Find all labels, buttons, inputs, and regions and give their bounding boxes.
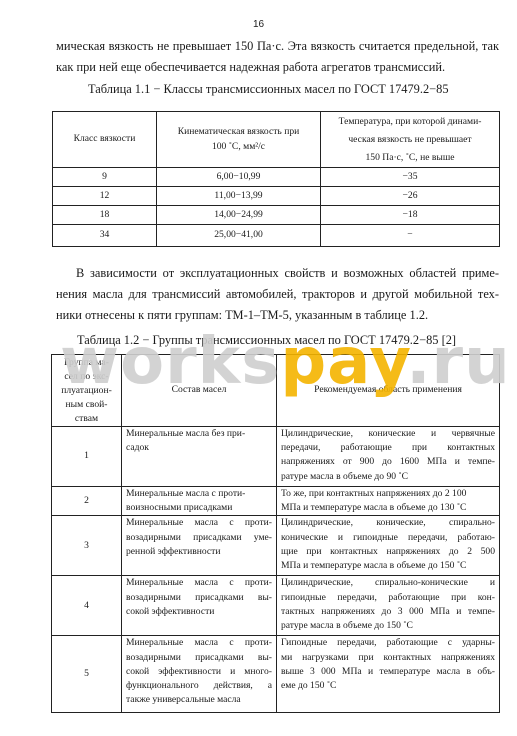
- cell-group: 1: [52, 427, 122, 487]
- cell-line: также универсальные масла: [126, 693, 272, 707]
- cell-viscosity: 6,00−10,99: [157, 168, 321, 187]
- cell-line: МПа и температуре масла в объеме до 130 …: [281, 501, 495, 515]
- header-line: ческая вязкость не превышает: [327, 131, 493, 149]
- table-row: 3 Минеральные масла с проти- возадирными…: [52, 516, 500, 576]
- cell-application: Цилиндрические, конические, спирально- к…: [277, 516, 500, 576]
- cell-line: Минеральные масла без при-: [126, 427, 272, 441]
- cell-composition: Минеральные масла с проти- возадирными п…: [122, 576, 277, 636]
- cell-viscosity: 11,00−13,99: [157, 187, 321, 206]
- cell-line: сокой эффективности и много-: [126, 665, 272, 679]
- cell-class: 34: [53, 225, 157, 247]
- header-composition: Состав масел: [122, 355, 277, 427]
- intro-paragraph: мическая вязкость не превышает 150 Па·с.…: [56, 36, 499, 78]
- table-row: 9 6,00−10,99 −35: [53, 168, 500, 187]
- cell-application: То же, при контактных напряжениях до 2 1…: [277, 487, 500, 516]
- cell-line: Минеральные масла с проти-: [126, 487, 272, 501]
- cell-line: Минеральные масла с проти-: [126, 576, 272, 590]
- header-line: Кинематическая вязкость при: [163, 125, 314, 139]
- cell-composition: Минеральные масла с проти- возадирными п…: [122, 636, 277, 713]
- paragraph-line: нения масла для трансмиссий автомобилей,…: [56, 284, 499, 305]
- cell-line: Минеральные масла с проти-: [126, 636, 272, 650]
- table-header-row: Группа ма- сел по экс- плуатацион- ным с…: [52, 355, 500, 427]
- cell-line: функционального действия, а: [126, 679, 272, 693]
- cell-line: садок: [126, 441, 272, 455]
- cell-line: ратуре масла в объеме до 150 ˚С: [281, 619, 495, 633]
- cell-group: 2: [52, 487, 122, 516]
- page-number: 16: [0, 19, 517, 30]
- cell-temperature: −: [321, 225, 500, 247]
- header-line: Температура, при которой динами-: [327, 113, 493, 131]
- cell-line: ратуре масла в объеме до 90 ˚С: [281, 470, 495, 484]
- header-viscosity-class: Класс вязкости: [53, 112, 157, 168]
- cell-line: щие при контактных напряжениях до 2 500: [281, 545, 495, 559]
- table2-caption: Таблица 1.2 − Группы трансмиссионных мас…: [77, 333, 456, 348]
- cell-viscosity: 14,00−24,99: [157, 206, 321, 225]
- cell-line: То же, при контактных напряжениях до 2 1…: [281, 487, 495, 501]
- cell-temperature: −26: [321, 187, 500, 206]
- table1-caption: Таблица 1.1 − Классы трансмиссионных мас…: [88, 82, 449, 97]
- cell-line: возадирными присадками уме-: [126, 531, 272, 545]
- cell-composition: Минеральные масла без при- садок: [122, 427, 277, 487]
- cell-class: 9: [53, 168, 157, 187]
- header-line: 100 ˚С, мм²/с: [163, 140, 314, 154]
- cell-line: Минеральные масла с проти-: [126, 516, 272, 530]
- cell-line: еме до 150 ˚С: [281, 679, 495, 693]
- cell-line: Цилиндрические, конические, спирально-: [281, 516, 495, 530]
- cell-application: Цилиндрические, конические и червячные п…: [277, 427, 500, 487]
- cell-line: сокой эффективности: [126, 605, 272, 619]
- cell-line: Гипоидные передачи, работающие с ударны-: [281, 636, 495, 650]
- cell-temperature: −18: [321, 206, 500, 225]
- table-header-row: Класс вязкости Кинематическая вязкость п…: [53, 112, 500, 168]
- cell-application: Цилиндрические, спирально-конические и г…: [277, 576, 500, 636]
- table-row: 2 Минеральные масла с проти- воизносными…: [52, 487, 500, 516]
- header-line: Группа ма-: [54, 356, 119, 370]
- cell-line: Цилиндрические, конические и червячные: [281, 427, 495, 441]
- cell-line: ми нагрузками при контактных напряжениях: [281, 651, 495, 665]
- cell-line: передачи, работающие при контактных: [281, 441, 495, 455]
- cell-group: 3: [52, 516, 122, 576]
- header-line: ствам: [54, 412, 119, 426]
- header-temperature: Температура, при которой динами- ческая …: [321, 112, 500, 168]
- cell-line: возадирными присадками вы-: [126, 591, 272, 605]
- oil-groups-table: Группа ма- сел по экс- плуатацион- ным с…: [51, 354, 500, 713]
- header-group: Группа ма- сел по экс- плуатацион- ным с…: [52, 355, 122, 427]
- header-line: ным свой-: [54, 398, 119, 412]
- table-row: 5 Минеральные масла с проти- возадирными…: [52, 636, 500, 713]
- cell-temperature: −35: [321, 168, 500, 187]
- table-row: 12 11,00−13,99 −26: [53, 187, 500, 206]
- cell-composition: Минеральные масла с проти- воизносными п…: [122, 487, 277, 516]
- paragraph-line: В зависимости от эксплуатационных свойст…: [56, 263, 499, 284]
- cell-viscosity: 25,00−41,00: [157, 225, 321, 247]
- cell-line: гипоидные передачи, работающие при кон-: [281, 591, 495, 605]
- cell-group: 5: [52, 636, 122, 713]
- cell-line: Цилиндрические, спирально-конические и: [281, 576, 495, 590]
- cell-line: конические и гипоидные передачи, работаю…: [281, 531, 495, 545]
- viscosity-classes-table: Класс вязкости Кинематическая вязкость п…: [52, 111, 500, 247]
- cell-line: воизносными присадками: [126, 501, 272, 515]
- cell-class: 12: [53, 187, 157, 206]
- header-line: 150 Па·с, ˚С, не выше: [327, 149, 493, 167]
- cell-composition: Минеральные масла с проти- возадирными п…: [122, 516, 277, 576]
- paragraph-line: ники отнесены к пяти группам: ТМ-1–ТМ-5,…: [56, 305, 499, 326]
- cell-line: выше 3 000 МПа и температуре масла в объ…: [281, 665, 495, 679]
- header-line: сел по экс-: [54, 370, 119, 384]
- cell-line: возадирными присадками вы-: [126, 651, 272, 665]
- cell-line: ренной эффективности: [126, 545, 272, 559]
- table-row: 34 25,00−41,00 −: [53, 225, 500, 247]
- cell-line: МПа и температуре масла в объеме до 150 …: [281, 559, 495, 573]
- cell-class: 18: [53, 206, 157, 225]
- table-row: 1 Минеральные масла без при- садок Цилин…: [52, 427, 500, 487]
- cell-line: тактных напряжениях до 3 000 МПа и темпе…: [281, 605, 495, 619]
- header-application: Рекомендуемая область применения: [277, 355, 500, 427]
- paragraph-line: мическая вязкость не превышает 150 Па·с.…: [56, 36, 499, 57]
- paragraph-line: как при ней еще обеспечивается надежная …: [56, 57, 499, 78]
- cell-line: напряжениях от 900 до 1600 МПа и темпе-: [281, 455, 495, 469]
- table-row: 18 14,00−24,99 −18: [53, 206, 500, 225]
- cell-application: Гипоидные передачи, работающие с ударны-…: [277, 636, 500, 713]
- header-line: плуатацион-: [54, 384, 119, 398]
- table-row: 4 Минеральные масла с проти- возадирными…: [52, 576, 500, 636]
- cell-group: 4: [52, 576, 122, 636]
- second-paragraph: В зависимости от эксплуатационных свойст…: [56, 263, 499, 326]
- header-kinematic-viscosity: Кинематическая вязкость при 100 ˚С, мм²/…: [157, 112, 321, 168]
